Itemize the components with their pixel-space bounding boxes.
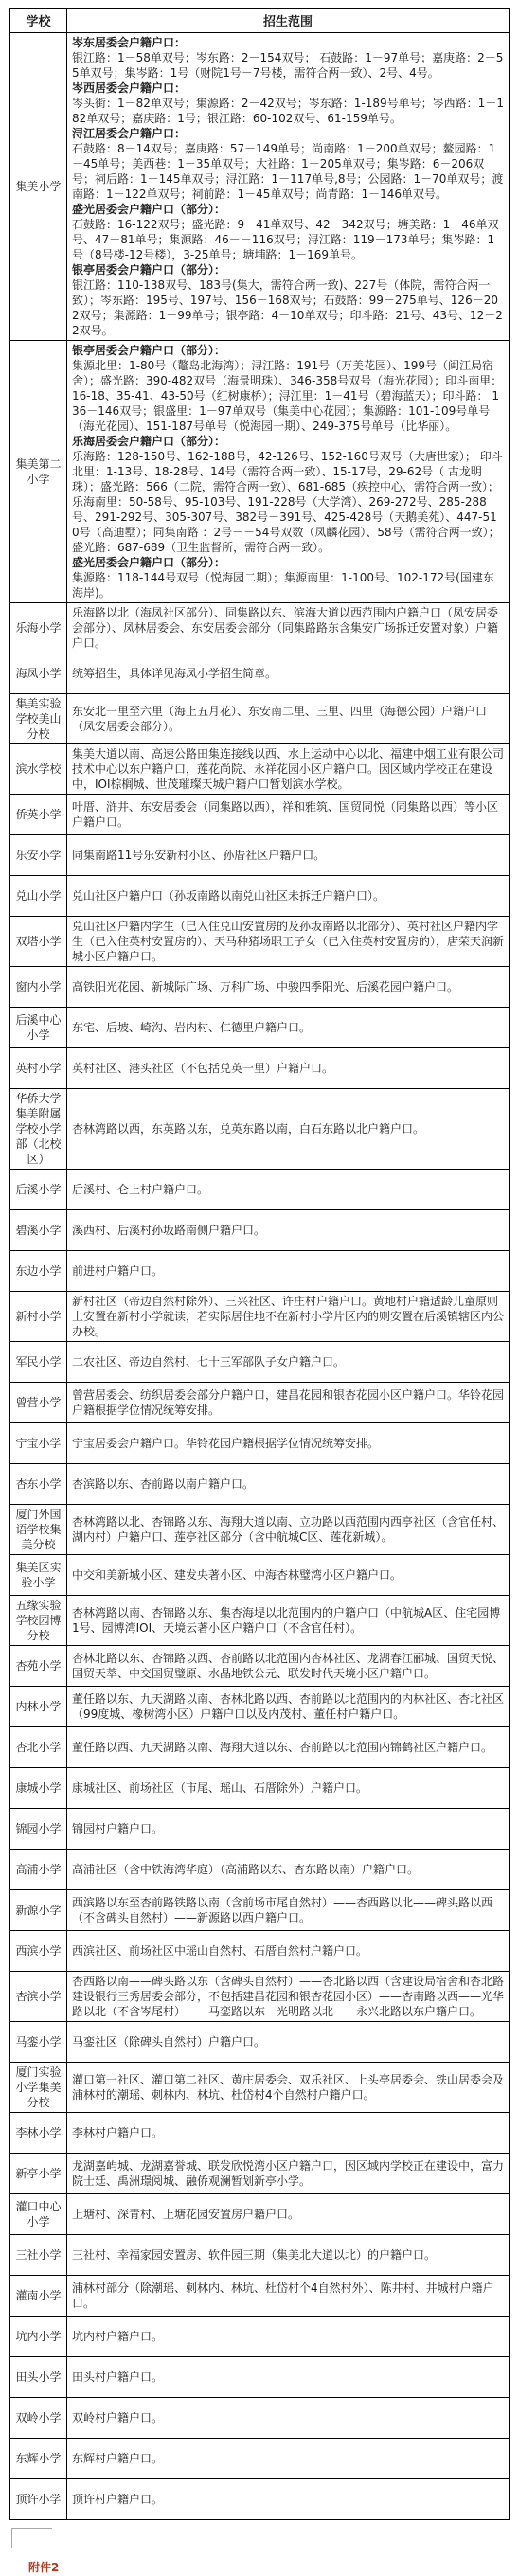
range-cell: 东宅、后坡、崎沟、岩内村、仁德里户籍户口。 — [67, 1008, 510, 1048]
range-text: 杏林湾路以北、杏锦路以东、海翔大道以南、立功路以西范围内西亭社区（含官任村、湖内… — [72, 1514, 504, 1545]
table-row: 双塔小学兑山社区户籍内学生（已入住兑山安置房的及孙坂南路以北部分）、英村社区户籍… — [10, 917, 510, 967]
range-text: 前进村户籍户口。 — [72, 1263, 504, 1279]
range-section-heading: 盛光居委会户籍户口（部分）： — [72, 555, 504, 570]
school-name-cell: 集美小学 — [10, 33, 67, 341]
range-section-heading: 岑东居委会户籍户口： — [72, 35, 504, 50]
table-row: 马銮小学马銮社区（除碑头自然村）户籍户口。 — [10, 2022, 510, 2063]
range-text: 杏林湾路以南、杏锦路以东、集杏海堤以北范围内的户籍户口（中航城A区、住宅园博1号… — [72, 1605, 504, 1636]
table-row: 窗内小学高铁阳光花园、新城际广场、万科广场、中骏四季阳光、后溪花园户籍户口。 — [10, 967, 510, 1008]
table-row: 杏北小学董任路以西、九天湖路以南、海翔大道以东、杏前路以北范围内锦鹤社区户籍户口… — [10, 1727, 510, 1768]
school-name-cell: 后溪小学 — [10, 1170, 67, 1210]
range-section-heading: 银亭居委会户籍户口（部分）： — [72, 262, 504, 277]
table-row: 五缘实验学校园博分校杏林湾路以南、杏锦路以东、集杏海堤以北范围内的户籍户口（中航… — [10, 1596, 510, 1646]
school-name-cell: 英村小学 — [10, 1048, 67, 1089]
school-name-cell: 李林小学 — [10, 2113, 67, 2154]
range-section-heading: 银亭居委会户籍户口（部分）： — [72, 343, 504, 358]
school-name-cell: 东辉小学 — [10, 2439, 67, 2479]
table-row: 东辉小学东辉村户籍户口。 — [10, 2439, 510, 2479]
range-text: 杏林湾路以西，东英路以东，兑英东路以南，白石东路以北户籍户口。 — [72, 1121, 504, 1136]
school-name-cell: 碧溪小学 — [10, 1210, 67, 1251]
table-row: 东边小学前进村户籍户口。 — [10, 1251, 510, 1292]
range-cell: 乐海路以北（海凤社区部分）、同集路以东、滨海大道以西范围内户籍户口（凤安居委会部… — [67, 603, 510, 653]
school-name-cell: 侨英小学 — [10, 795, 67, 835]
range-cell: 高浦社区（含中铁海湾华庭）（高浦路以东、杏东路以南）户籍户口。 — [67, 1850, 510, 1890]
range-section-heading: 乐海居委会户籍户口（部分）： — [72, 434, 504, 449]
school-name-cell: 顶许小学 — [10, 2479, 67, 2520]
school-name-cell: 杏东小学 — [10, 1464, 67, 1505]
school-name-cell: 海凤小学 — [10, 653, 67, 694]
school-name-cell: 军民小学 — [10, 1342, 67, 1383]
table-row: 后溪中心小学东宅、后坡、崎沟、岩内村、仁德里户籍户口。 — [10, 1008, 510, 1048]
school-name-cell: 三社小学 — [10, 2235, 67, 2276]
range-text: 集源路：118-144号双号（悦海园二期）；集源南里：1-100号、102-17… — [72, 570, 504, 600]
range-text: 乐海路：128-150号、162-188号，42-126号、152-160号双号… — [72, 449, 504, 555]
school-name-cell: 锦园小学 — [10, 1809, 67, 1850]
range-text: 东安北一里至六里（海上五月花）、东安南二里、三里、四里（海德公园）户籍户口（凤安… — [72, 704, 504, 734]
table-row: 田头小学田头村户籍户口。 — [10, 2357, 510, 2398]
range-cell: 龙湖嘉屿城、龙湖嘉誉城、联发欣悦湾小区户籍户口，因区域内学校正在建设中，富力院士… — [67, 2154, 510, 2194]
header-row: 学校 招生范围 — [10, 9, 510, 33]
range-text: 西滨路以东至杏前路铁路以南（含前场市尾自然村）——杏西路以北——碑头路以西（不含… — [72, 1895, 504, 1925]
range-cell: 康城社区、前场社区（市尾、瑶山、石厝除外）户籍户口。 — [67, 1768, 510, 1809]
range-text: 上塘村、深青村、上塘花园安置房户籍户口。 — [72, 2207, 504, 2222]
range-text: 田头村户籍户口。 — [72, 2370, 504, 2385]
range-cell: 兑山社区户籍内学生（已入住兑山安置房的及孙坂南路以北部分）、英村社区户籍内学生（… — [67, 917, 510, 967]
range-cell: 西滨社区、前场社区中瑶山自然村、石厝自然村户籍户口。 — [67, 1931, 510, 1972]
range-text: 西滨社区、前场社区中瑶山自然村、石厝自然村户籍户口。 — [72, 1943, 504, 1959]
range-text: 高铁阳光花园、新城际广场、万科广场、中骏四季阳光、后溪花园户籍户口。 — [72, 979, 504, 994]
table-row: 李林小学李林村户籍户口。 — [10, 2113, 510, 2154]
table-row: 新村小学新村社区（帝边自然村除外）、三兴社区、许庄村户籍户口。黄地村户籍适龄儿童… — [10, 1292, 510, 1342]
range-text: 坑内村户籍户口。 — [72, 2329, 504, 2344]
range-text: 双岭村户籍户口。 — [72, 2410, 504, 2425]
school-name-cell: 后溪中心小学 — [10, 1008, 67, 1048]
range-cell: 杏林北路以东、杏锦路以西、杏前路以北范围内杏林社区、龙湖春江郦城、国贸天悦、国贸… — [67, 1646, 510, 1687]
range-cell: 后溪村、仑上村户籍户口。 — [67, 1170, 510, 1210]
table-row: 集美实验学校美山分校东安北一里至六里（海上五月花）、东安南二里、三里、四里（海德… — [10, 694, 510, 744]
school-name-cell: 厦门实验小学集美分校 — [10, 2063, 67, 2113]
range-text: 锦园村户籍户口。 — [72, 1821, 504, 1836]
range-text: 康城社区、前场社区（市尾、瑶山、石厝除外）户籍户口。 — [72, 1780, 504, 1796]
range-text: 石鼓路：8－14双号；嘉庚路：57－149单号；尚南路：1－200单双号；鳌园路… — [72, 141, 504, 202]
table-row: 杏滨小学杏西路以南——碑头路以东（含碑头自然村）——杏北路以西（含建设局宿舍和杏… — [10, 1972, 510, 2022]
table-row: 灌南小学浦林村部分（除潮瑶、刺林内、林坑、杜岱村个4自然村外）、陈井村、井城村户… — [10, 2276, 510, 2317]
range-text: 兑山社区户籍户口（孙坂南路以南兑山社区未拆迁户籍户口）。 — [72, 888, 504, 903]
school-name-cell: 内林小学 — [10, 1687, 67, 1727]
range-cell: 田头村户籍户口。 — [67, 2357, 510, 2398]
range-cell: 银亭居委会户籍户口（部分）：集源北里：1-80号（鼇岛北海湾）；浔江路：191号… — [67, 341, 510, 603]
school-name-cell: 双岭小学 — [10, 2398, 67, 2439]
range-text: 顶许村户籍户口。 — [72, 2492, 504, 2507]
table-row: 英村小学英村社区、港头社区（不包括兑英一里）户籍户口。 — [10, 1048, 510, 1089]
range-text: 董任路以西、九天湖路以南、海翔大道以东、杏前路以北范围内锦鹤社区户籍户口。 — [72, 1740, 504, 1755]
document-page: 学校 招生范围 集美小学岑东居委会户籍户口：银江路：1－58单双号；岑东路：2－… — [0, 0, 519, 2576]
range-text: 宁宝居委会户籍户口。华铃花园户籍根据学位情况统筹安排。 — [72, 1436, 504, 1451]
school-name-cell: 高浦小学 — [10, 1850, 67, 1890]
table-row: 兑山小学兑山社区户籍户口（孙坂南路以南兑山社区未拆迁户籍户口）。 — [10, 876, 510, 917]
range-text: 东辉村户籍户口。 — [72, 2451, 504, 2466]
table-row: 杏东小学杏滨路以东、杏前路以南户籍户口。 — [10, 1464, 510, 1505]
range-text: 二农社区、帝边自然村、七十三军部队子女户籍户口。 — [72, 1354, 504, 1369]
range-text: 董任路以东、九天湖路以南、杏林北路以西、杏前路以北范围内的内林社区、杏北社区（9… — [72, 1691, 504, 1722]
table-row: 碧溪小学溪西村、后溪村孙坂路南侧户籍户口。 — [10, 1210, 510, 1251]
range-cell: 坑内村户籍户口。 — [67, 2317, 510, 2357]
table-row: 新源小学西滨路以东至杏前路铁路以南（含前场市尾自然村）——杏西路以北——碑头路以… — [10, 1890, 510, 1931]
range-cell: 兑山社区户籍户口（孙坂南路以南兑山社区未拆迁户籍户口）。 — [67, 876, 510, 917]
table-row: 厦门实验小学集美分校灌口第一社区、灌口第二社区、黄庄居委会、双乐社区、上头亭居委… — [10, 2063, 510, 2113]
attachment-label: 附件2 — [28, 2559, 519, 2575]
range-cell: 浦林村部分（除潮瑶、刺林内、林坑、杜岱村个4自然村外）、陈井村、井城村户籍户口。 — [67, 2276, 510, 2317]
table-row: 新亭小学龙湖嘉屿城、龙湖嘉誉城、联发欣悦湾小区户籍户口，因区域内学校正在建设中，… — [10, 2154, 510, 2194]
school-name-cell: 宁宝小学 — [10, 1423, 67, 1464]
range-text: 杏滨路以东、杏前路以南户籍户口。 — [72, 1476, 504, 1492]
range-text: 乐海路以北（海凤社区部分）、同集路以东、滨海大道以西范围内户籍户口（凤安居委会部… — [72, 605, 504, 651]
table-body: 集美小学岑东居委会户籍户口：银江路：1－58单双号；岑东路：2－154双号； 石… — [10, 33, 510, 2520]
table-row: 曾营小学曾营居委会、纺织居委会部分户籍户口，建昌花园和银杏花园小区户籍户口。华铃… — [10, 1383, 510, 1423]
enrollment-table: 学校 招生范围 集美小学岑东居委会户籍户口：银江路：1－58单双号；岑东路：2－… — [9, 8, 510, 2520]
range-text: 后溪村、仑上村户籍户口。 — [72, 1182, 504, 1197]
range-text: 新村社区（帝边自然村除外）、三兴社区、许庄村户籍户口。黄地村户籍适龄儿童原则上安… — [72, 1294, 504, 1339]
range-cell: 顶许村户籍户口。 — [67, 2479, 510, 2520]
range-text: 李林村户籍户口。 — [72, 2125, 504, 2140]
range-cell: 杏林湾路以南、杏锦路以东、集杏海堤以北范围内的户籍户口（中航城A区、住宅园博1号… — [67, 1596, 510, 1646]
range-cell: 上塘村、深青村、上塘花园安置房户籍户口。 — [67, 2194, 510, 2235]
range-text: 英村社区、港头社区（不包括兑英一里）户籍户口。 — [72, 1061, 504, 1076]
school-name-cell: 兑山小学 — [10, 876, 67, 917]
range-text: 统筹招生，具体详见海凤小学招生简章。 — [72, 666, 504, 681]
range-cell: 灌口第一社区、灌口第二社区、黄庄居委会、双乐社区、上头亭居委会、铁山居委会及浦林… — [67, 2063, 510, 2113]
school-name-cell: 康城小学 — [10, 1768, 67, 1809]
school-name-cell: 集美区实验小学 — [10, 1555, 67, 1596]
school-name-cell: 新村小学 — [10, 1292, 67, 1342]
range-cell: 同集南路11号乐安新村小区、孙厝社区户籍户口。 — [67, 835, 510, 876]
school-name-cell: 乐安小学 — [10, 835, 67, 876]
range-text: 曾营居委会、纺织居委会部分户籍户口，建昌花园和银杏花园小区户籍户口。华铃花园户籍… — [72, 1387, 504, 1418]
range-cell: 董任路以东、九天湖路以南、杏林北路以西、杏前路以北范围内的内林社区、杏北社区（9… — [67, 1687, 510, 1727]
header-range: 招生范围 — [67, 9, 510, 33]
range-cell: 二农社区、帝边自然村、七十三军部队子女户籍户口。 — [67, 1342, 510, 1383]
range-cell: 集美大道以南、高速公路田集连接线以西、水上运动中心以北、福建中烟工业有限公司技术… — [67, 744, 510, 795]
range-text: 浦林村部分（除潮瑶、刺林内、林坑、杜岱村个4自然村外）、陈井村、井城村户籍户口。 — [72, 2281, 504, 2311]
school-name-cell: 马銮小学 — [10, 2022, 67, 2063]
range-cell: 新村社区（帝边自然村除外）、三兴社区、许庄村户籍户口。黄地村户籍适龄儿童原则上安… — [67, 1292, 510, 1342]
table-row: 集美小学岑东居委会户籍户口：银江路：1－58单双号；岑东路：2－154双号； 石… — [10, 33, 510, 341]
table-row: 集美区实验小学中交和美新城小区、建发央著小区、中海杏林璧湾小区户籍户口。 — [10, 1555, 510, 1596]
school-name-cell: 乐海小学 — [10, 603, 67, 653]
range-cell: 董任路以西、九天湖路以南、海翔大道以东、杏前路以北范围内锦鹤社区户籍户口。 — [67, 1727, 510, 1768]
school-name-cell: 杏北小学 — [10, 1727, 67, 1768]
range-text: 东宅、后坡、崎沟、岩内村、仁德里户籍户口。 — [72, 1020, 504, 1035]
range-cell: 双岭村户籍户口。 — [67, 2398, 510, 2439]
range-text: 银江路：110-138双号、183号(集大，需符合两一致)、227号（体院，需符… — [72, 277, 504, 338]
school-name-cell: 集美第二小学 — [10, 341, 67, 603]
school-name-cell: 杏滨小学 — [10, 1972, 67, 2022]
table-header: 学校 招生范围 — [10, 9, 510, 33]
range-text: 龙湖嘉屿城、龙湖嘉誉城、联发欣悦湾小区户籍户口，因区域内学校正在建设中，富力院士… — [72, 2158, 504, 2189]
range-cell: 杏林湾路以北、杏锦路以东、海翔大道以南、立功路以西范围内西亭社区（含官任村、湖内… — [67, 1505, 510, 1555]
table-row: 宁宝小学宁宝居委会户籍户口。华铃花园户籍根据学位情况统筹安排。 — [10, 1423, 510, 1464]
range-section-heading: 岑西居委会户籍户口： — [72, 80, 504, 96]
school-name-cell: 厦门外国语学校集美分校 — [10, 1505, 67, 1555]
range-section-heading: 浔江居委会户籍户口： — [72, 126, 504, 141]
range-cell: 英村社区、港头社区（不包括兑英一里）户籍户口。 — [67, 1048, 510, 1089]
school-name-cell: 双塔小学 — [10, 917, 67, 967]
range-text: 三社村、幸福家园安置房、软件园三期（集美北大道以北）的户籍户口。 — [72, 2247, 504, 2263]
school-name-cell: 新源小学 — [10, 1890, 67, 1931]
range-text: 兑山社区户籍内学生（已入住兑山安置房的及孙坂南路以北部分）、英村社区户籍内学生（… — [72, 919, 504, 964]
school-name-cell: 五缘实验学校园博分校 — [10, 1596, 67, 1646]
range-cell: 统筹招生，具体详见海凤小学招生简章。 — [67, 653, 510, 694]
school-name-cell: 集美实验学校美山分校 — [10, 694, 67, 744]
range-cell: 三社村、幸福家园安置房、软件园三期（集美北大道以北）的户籍户口。 — [67, 2235, 510, 2276]
table-row: 坑内小学坑内村户籍户口。 — [10, 2317, 510, 2357]
range-cell: 马銮社区（除碑头自然村）户籍户口。 — [67, 2022, 510, 2063]
range-cell: 高铁阳光花园、新城际广场、万科广场、中骏四季阳光、后溪花园户籍户口。 — [67, 967, 510, 1008]
school-name-cell: 华侨大学集美附属学校小学部（北校区） — [10, 1089, 67, 1170]
range-cell: 西滨路以东至杏前路铁路以南（含前场市尾自然村）——杏西路以北——碑头路以西（不含… — [67, 1890, 510, 1931]
range-cell: 前进村户籍户口。 — [67, 1251, 510, 1292]
school-name-cell: 西滨小学 — [10, 1931, 67, 1972]
range-cell: 杏西路以南——碑头路以东（含碑头自然村）——杏北路以西（含建设局宿舍和杏北路建设… — [67, 1972, 510, 2022]
school-name-cell: 东边小学 — [10, 1251, 67, 1292]
table-row: 滨水学校集美大道以南、高速公路田集连接线以西、水上运动中心以北、福建中烟工业有限… — [10, 744, 510, 795]
range-text: 杏西路以南——碑头路以东（含碑头自然村）——杏北路以西（含建设局宿舍和杏北路建设… — [72, 1974, 504, 2019]
table-row: 锦园小学锦园村户籍户口。 — [10, 1809, 510, 1850]
range-text: 中交和美新城小区、建发央著小区、中海杏林璧湾小区户籍户口。 — [72, 1567, 504, 1583]
school-name-cell: 杏苑小学 — [10, 1646, 67, 1687]
school-name-cell: 曾营小学 — [10, 1383, 67, 1423]
range-cell: 锦园村户籍户口。 — [67, 1809, 510, 1850]
school-name-cell: 田头小学 — [10, 2357, 67, 2398]
table-row: 军民小学二农社区、帝边自然村、七十三军部队子女户籍户口。 — [10, 1342, 510, 1383]
table-anchor-icon — [11, 2528, 52, 2548]
table-row: 杏苑小学杏林北路以东、杏锦路以西、杏前路以北范围内杏林社区、龙湖春江郦城、国贸天… — [10, 1646, 510, 1687]
school-name-cell: 窗内小学 — [10, 967, 67, 1008]
table-row: 后溪小学后溪村、仑上村户籍户口。 — [10, 1170, 510, 1210]
school-name-cell: 灌口中心小学 — [10, 2194, 67, 2235]
table-row: 乐海小学乐海路以北（海凤社区部分）、同集路以东、滨海大道以西范围内户籍户口（凤安… — [10, 603, 510, 653]
range-text: 石鼓路：16-122双号；盛光路：9－41单双号、42－342双号；塘美路：1－… — [72, 217, 504, 262]
table-row: 乐安小学同集南路11号乐安新村小区、孙厝社区户籍户口。 — [10, 835, 510, 876]
table-row: 西滨小学西滨社区、前场社区中瑶山自然村、石厝自然村户籍户口。 — [10, 1931, 510, 1972]
table-row: 灌口中心小学上塘村、深青村、上塘花园安置房户籍户口。 — [10, 2194, 510, 2235]
table-row: 集美第二小学银亭居委会户籍户口（部分）：集源北里：1-80号（鼇岛北海湾）；浔江… — [10, 341, 510, 603]
table-row: 华侨大学集美附属学校小学部（北校区）杏林湾路以西，东英路以东，兑英东路以南，白石… — [10, 1089, 510, 1170]
header-school: 学校 — [10, 9, 67, 33]
range-text: 集美大道以南、高速公路田集连接线以西、水上运动中心以北、福建中烟工业有限公司技术… — [72, 746, 504, 792]
range-cell: 东辉村户籍户口。 — [67, 2439, 510, 2479]
range-text: 高浦社区（含中铁海湾华庭）（高浦路以东、杏东路以南）户籍户口。 — [72, 1862, 504, 1877]
range-text: 叶厝、浒井、东安居委会（同集路以西），祥和雅筑、国贸同悦（同集路以西）等小区户籍… — [72, 799, 504, 830]
table-row: 康城小学康城社区、前场社区（市尾、瑶山、石厝除外）户籍户口。 — [10, 1768, 510, 1809]
range-text: 马銮社区（除碑头自然村）户籍户口。 — [72, 2034, 504, 2049]
range-cell: 岑东居委会户籍户口：银江路：1－58单双号；岑东路：2－154双号； 石鼓路：1… — [67, 33, 510, 341]
range-text: 杏林北路以东、杏锦路以西、杏前路以北范围内杏林社区、龙湖春江郦城、国贸天悦、国贸… — [72, 1651, 504, 1681]
table-row: 厦门外国语学校集美分校杏林湾路以北、杏锦路以东、海翔大道以南、立功路以西范围内西… — [10, 1505, 510, 1555]
range-cell: 溪西村、后溪村孙坂路南侧户籍户口。 — [67, 1210, 510, 1251]
table-row: 双岭小学双岭村户籍户口。 — [10, 2398, 510, 2439]
range-text: 岑头街：1－82单双号；集源路：2－42双号；岑东路：1-189号单号；岑西路：… — [72, 96, 504, 126]
table-row: 三社小学三社村、幸福家园安置房、软件园三期（集美北大道以北）的户籍户口。 — [10, 2235, 510, 2276]
range-cell: 杏林湾路以西，东英路以东，兑英东路以南，白石东路以北户籍户口。 — [67, 1089, 510, 1170]
range-text: 灌口第一社区、灌口第二社区、黄庄居委会、双乐社区、上头亭居委会、铁山居委会及浦林… — [72, 2072, 504, 2102]
school-name-cell: 滨水学校 — [10, 744, 67, 795]
table-row: 顶许小学顶许村户籍户口。 — [10, 2479, 510, 2520]
range-cell: 李林村户籍户口。 — [67, 2113, 510, 2154]
range-cell: 东安北一里至六里（海上五月花）、东安南二里、三里、四里（海德公园）户籍户口（凤安… — [67, 694, 510, 744]
range-text: 溪西村、后溪村孙坂路南侧户籍户口。 — [72, 1223, 504, 1238]
table-row: 内林小学董任路以东、九天湖路以南、杏林北路以西、杏前路以北范围内的内林社区、杏北… — [10, 1687, 510, 1727]
range-section-heading: 盛光居委会户籍户口（部分）： — [72, 202, 504, 217]
table-row: 侨英小学叶厝、浒井、东安居委会（同集路以西），祥和雅筑、国贸同悦（同集路以西）等… — [10, 795, 510, 835]
range-text: 同集南路11号乐安新村小区、孙厝社区户籍户口。 — [72, 848, 504, 863]
range-text: 集源北里：1-80号（鼇岛北海湾）；浔江路：191号（万美花园）、199号（闽江… — [72, 358, 504, 434]
range-cell: 杏滨路以东、杏前路以南户籍户口。 — [67, 1464, 510, 1505]
school-name-cell: 灌南小学 — [10, 2276, 67, 2317]
school-name-cell: 新亭小学 — [10, 2154, 67, 2194]
range-cell: 宁宝居委会户籍户口。华铃花园户籍根据学位情况统筹安排。 — [67, 1423, 510, 1464]
table-row: 海凤小学统筹招生，具体详见海凤小学招生简章。 — [10, 653, 510, 694]
range-text: 银江路：1－58单双号；岑东路：2－154双号； 石鼓路：1－97单号；嘉庚路：… — [72, 50, 504, 80]
range-cell: 中交和美新城小区、建发央著小区、中海杏林璧湾小区户籍户口。 — [67, 1555, 510, 1596]
range-cell: 叶厝、浒井、东安居委会（同集路以西），祥和雅筑、国贸同悦（同集路以西）等小区户籍… — [67, 795, 510, 835]
range-cell: 曾营居委会、纺织居委会部分户籍户口，建昌花园和银杏花园小区户籍户口。华铃花园户籍… — [67, 1383, 510, 1423]
table-row: 高浦小学高浦社区（含中铁海湾华庭）（高浦路以东、杏东路以南）户籍户口。 — [10, 1850, 510, 1890]
school-name-cell: 坑内小学 — [10, 2317, 67, 2357]
